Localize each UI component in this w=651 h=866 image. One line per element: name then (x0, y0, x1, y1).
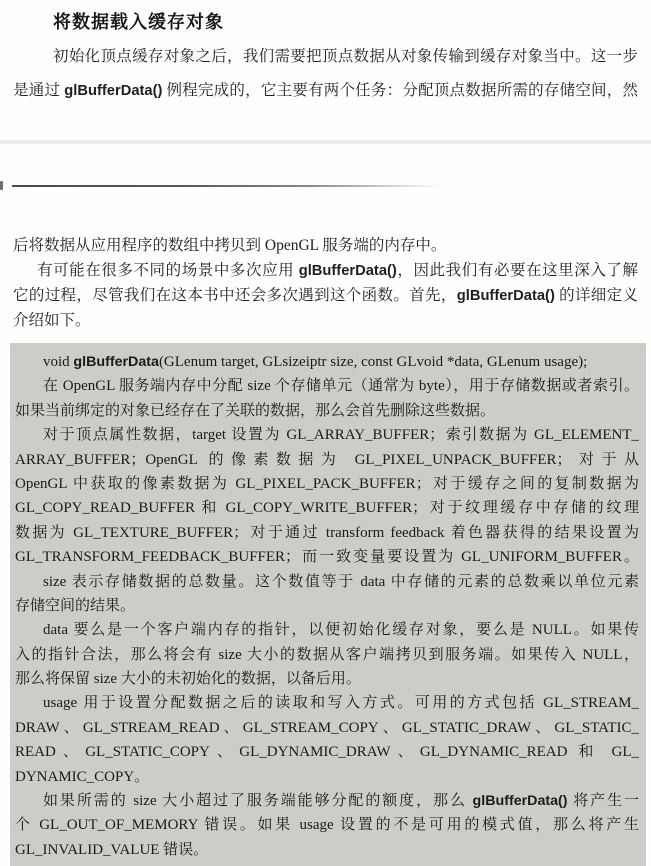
text-segment: 存储空间的结果。 (15, 598, 135, 614)
text-segment: data 要么是一个客户端内存的指针，以便初始化缓存对象，要么是 NULL。如果… (43, 622, 639, 638)
text-line: 如果当前绑定的对象已经存在了关联的数据，那么会首先删除这些数据。 (15, 399, 639, 423)
page-break-band (0, 140, 651, 144)
function-name: glBufferData() (64, 83, 162, 99)
text-segment: GL_INVALID_VALUE 错误。 (15, 842, 208, 858)
text-segment: 的详细定义 (555, 287, 638, 304)
text-line: ARRAY_BUFFER；OpenGL 的像素数据为 GL_PIXEL_UNPA… (15, 448, 639, 472)
text-segment: DRAW、GL_STREAM_READ、GL_STREAM_COPY、GL_ST… (15, 720, 639, 736)
text-segment: 有可能在很多不同的场景中多次应用 (37, 262, 299, 279)
text-segment: usage 用于设置分配数据之后的读取和写入方式。可用的方式包括 GL_STRE… (43, 695, 639, 711)
horizontal-rule (12, 185, 442, 187)
text-line: GL_INVALID_VALUE 错误。 (15, 838, 639, 862)
text-segment: 在 OpenGL 服务端内存中分配 size 个存储单元（通常为 byte），用… (43, 378, 639, 394)
text-line: READ、GL_STATIC_COPY、GL_DYNAMIC_DRAW、GL_D… (15, 740, 639, 764)
function-name: glBufferData (73, 354, 159, 370)
text-segment: 例程完成的，它主要有两个任务：分配顶点数据所需的存储空间，然 (162, 82, 638, 99)
text-line: void glBufferData(GLenum target, GLsizei… (15, 350, 639, 374)
function-definition-box: void glBufferData(GLenum target, GLsizei… (10, 343, 646, 866)
text-segment: void (43, 354, 73, 370)
text-segment: (GLenum target, GLsizeiptr size, const G… (159, 354, 587, 370)
text-segment: 它的过程，尽管我们在这本书中还会多次遇到这个函数。首先， (13, 287, 457, 304)
paragraph-continuation: 后将数据从应用程序的数组中拷贝到 OpenGL 服务端的内存中。有可能在很多不同… (13, 233, 638, 333)
text-segment: 入的指针合法，那么将会有 size 大小的数据从客户端拷贝到服务端。如果传入 N… (15, 647, 639, 663)
text-line: 入的指针合法，那么将会有 size 大小的数据从客户端拷贝到服务端。如果传入 N… (15, 643, 639, 667)
text-segment: READ、GL_STATIC_COPY、GL_DYNAMIC_DRAW、GL_D… (15, 744, 639, 760)
text-segment: 后将数据从应用程序的数组中拷贝到 OpenGL 服务端的内存中。 (13, 237, 446, 254)
text-segment: 将产生一 (568, 793, 639, 809)
text-line: 那么将保留 size 大小的未初始化的数据，以备后用。 (15, 667, 639, 691)
book-page: 将数据载入缓存对象 初始化顶点缓存对象之后，我们需要把顶点数据从对象传输到缓存对… (0, 0, 651, 866)
text-line: 个 GL_OUT_OF_MEMORY 错误。如果 usage 设置的不是可用的模… (15, 813, 639, 837)
text-line: size 表示存储数据的总数量。这个数值等于 data 中存储的元素的总数乘以单… (15, 570, 639, 594)
function-name: glBufferData() (457, 288, 555, 304)
text-line: 在 OpenGL 服务端内存中分配 size 个存储单元（通常为 byte），用… (15, 374, 639, 398)
text-line: 是通过 glBufferData() 例程完成的，它主要有两个任务：分配顶点数据… (13, 74, 638, 108)
text-line: 数据为 GL_TEXTURE_BUFFER；对于通过 transform fee… (15, 521, 639, 545)
text-segment: OpenGL 中获取的像素数据为 GL_PIXEL_PACK_BUFFER；对于… (15, 476, 639, 492)
text-line: 存储空间的结果。 (15, 594, 639, 618)
text-line: GL_COPY_READ_BUFFER 和 GL_COPY_WRITE_BUFF… (15, 496, 639, 520)
text-segment: 初始化顶点缓存对象之后，我们需要把顶点数据从对象传输到缓存对象当中。这一步 (53, 48, 638, 65)
text-segment: 介绍如下。 (13, 312, 91, 329)
text-line: GL_TRANSFORM_FEEDBACK_BUFFER；而一致变量要设置为 G… (15, 545, 639, 569)
text-line: OpenGL 中获取的像素数据为 GL_PIXEL_PACK_BUFFER；对于… (15, 472, 639, 496)
text-line: 介绍如下。 (13, 308, 638, 333)
text-segment: 对于顶点属性数据，target 设置为 GL_ARRAY_BUFFER；索引数据… (43, 427, 639, 443)
text-segment: 数据为 GL_TEXTURE_BUFFER；对于通过 transform fee… (15, 525, 639, 541)
text-line: DRAW、GL_STREAM_READ、GL_STREAM_COPY、GL_ST… (15, 716, 639, 740)
text-line: DYNAMIC_COPY。 (15, 765, 639, 789)
text-segment: 如果所需的 size 大小超过了服务端能够分配的额度，那么 (43, 793, 473, 809)
text-segment: size 表示存储数据的总数量。这个数值等于 data 中存储的元素的总数乘以单… (43, 574, 639, 590)
section-heading: 将数据载入缓存对象 (53, 8, 224, 34)
left-edge-mark (0, 181, 3, 190)
function-name: glBufferData() (473, 793, 568, 809)
text-line: 初始化顶点缓存对象之后，我们需要把顶点数据从对象传输到缓存对象当中。这一步 (13, 40, 638, 74)
text-segment: ，因此我们有必要在这里深入了解 (397, 262, 638, 279)
text-line: 后将数据从应用程序的数组中拷贝到 OpenGL 服务端的内存中。 (13, 233, 638, 258)
text-segment: GL_TRANSFORM_FEEDBACK_BUFFER；而一致变量要设置为 G… (15, 549, 639, 565)
text-line: 它的过程，尽管我们在这本书中还会多次遇到这个函数。首先，glBufferData… (13, 283, 638, 308)
text-segment: GL_COPY_READ_BUFFER 和 GL_COPY_WRITE_BUFF… (15, 500, 639, 516)
text-segment: DYNAMIC_COPY。 (15, 769, 149, 785)
text-line: 如果所需的 size 大小超过了服务端能够分配的额度，那么 glBufferDa… (15, 789, 639, 813)
function-name: glBufferData() (299, 263, 397, 279)
text-line: 对于顶点属性数据，target 设置为 GL_ARRAY_BUFFER；索引数据… (15, 423, 639, 447)
text-line: 有可能在很多不同的场景中多次应用 glBufferData()，因此我们有必要在… (13, 258, 638, 283)
paragraph-intro: 初始化顶点缓存对象之后，我们需要把顶点数据从对象传输到缓存对象当中。这一步是通过… (13, 40, 638, 108)
text-line: data 要么是一个客户端内存的指针，以便初始化缓存对象，要么是 NULL。如果… (15, 618, 639, 642)
text-segment: ARRAY_BUFFER；OpenGL 的像素数据为 GL_PIXEL_UNPA… (15, 452, 639, 468)
text-segment: 是通过 (13, 82, 64, 99)
text-segment: 如果当前绑定的对象已经存在了关联的数据，那么会首先删除这些数据。 (15, 403, 495, 419)
text-line: usage 用于设置分配数据之后的读取和写入方式。可用的方式包括 GL_STRE… (15, 691, 639, 715)
text-segment: 个 GL_OUT_OF_MEMORY 错误。如果 usage 设置的不是可用的模… (15, 817, 639, 833)
text-segment: 那么将保留 size 大小的未初始化的数据，以备后用。 (15, 671, 361, 687)
